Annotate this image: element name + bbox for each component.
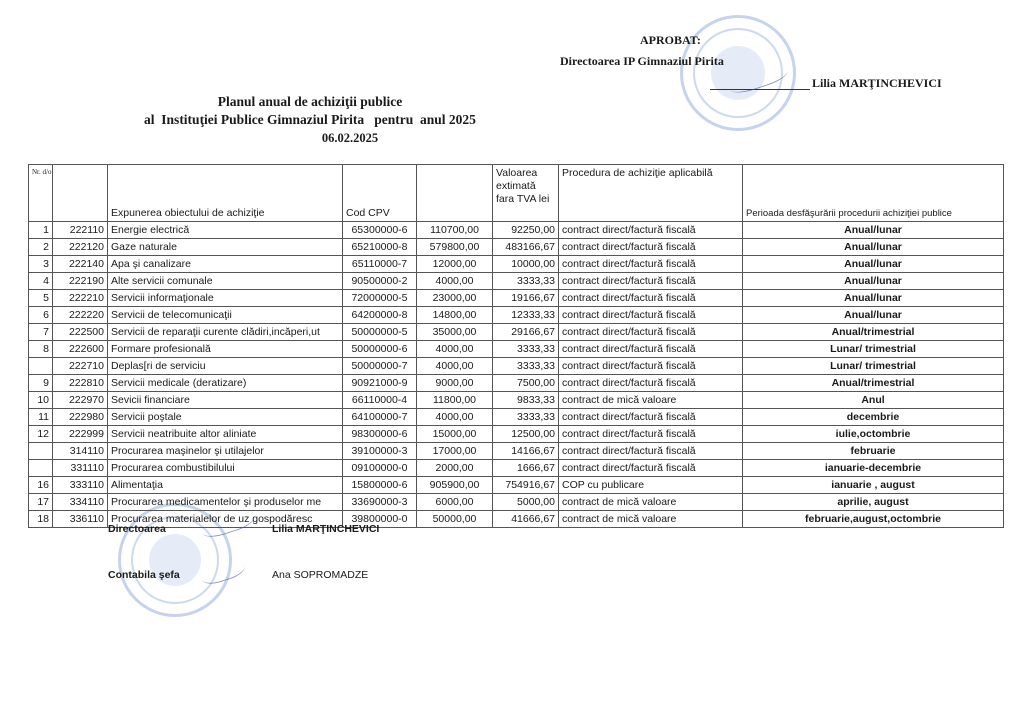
row-procedure: contract direct/factură fiscală xyxy=(559,409,743,426)
row-amount: 17000,00 xyxy=(417,443,493,460)
row-value: 3333,33 xyxy=(493,273,559,290)
table-row: 8222600Formare profesională50000000-6400… xyxy=(29,341,1004,358)
row-amount: 4000,00 xyxy=(417,358,493,375)
row-cpv: 65210000-8 xyxy=(343,239,417,256)
header-code xyxy=(53,165,108,222)
row-object: Alte servicii comunale xyxy=(108,273,343,290)
row-code: 222600 xyxy=(53,341,108,358)
row-code: 222710 xyxy=(53,358,108,375)
row-object: Servicii poştale xyxy=(108,409,343,426)
approval-position: Directoarea IP Gimnaziul Pirita xyxy=(560,54,724,69)
row-period: Anual/lunar xyxy=(743,307,1004,324)
row-procedure: contract direct/factură fiscală xyxy=(559,375,743,392)
row-code: 222120 xyxy=(53,239,108,256)
title-date: 06.02.2025 xyxy=(100,129,520,147)
approval-label: APROBAT: xyxy=(640,33,701,48)
row-cpv: 65110000-7 xyxy=(343,256,417,273)
title-line-1: Planul anual de achiziţii publice xyxy=(100,93,520,111)
row-nr: 11 xyxy=(29,409,53,426)
row-cpv: 15800000-6 xyxy=(343,477,417,494)
row-value: 483166,67 xyxy=(493,239,559,256)
row-code: 222970 xyxy=(53,392,108,409)
row-period: februarie xyxy=(743,443,1004,460)
row-value: 5000,00 xyxy=(493,494,559,511)
table-row: 11222980Servicii poştale64100000-74000,0… xyxy=(29,409,1004,426)
row-amount: 15000,00 xyxy=(417,426,493,443)
row-procedure: contract de mică valoare xyxy=(559,511,743,528)
procurement-plan-table: Nr. d/o Expunerea obiectului de achiziţi… xyxy=(28,164,1004,528)
row-object: Apa şi canalizare xyxy=(108,256,343,273)
row-amount: 4000,00 xyxy=(417,409,493,426)
row-procedure: contract de mică valoare xyxy=(559,392,743,409)
table-row: 331110Procurarea combustibilului09100000… xyxy=(29,460,1004,477)
table-header-row: Nr. d/o Expunerea obiectului de achiziţi… xyxy=(29,165,1004,222)
row-code: 222140 xyxy=(53,256,108,273)
table-row: 222710Deplas[ri de serviciu50000000-7400… xyxy=(29,358,1004,375)
row-cpv: 09100000-0 xyxy=(343,460,417,477)
row-nr: 6 xyxy=(29,307,53,324)
row-period: decembrie xyxy=(743,409,1004,426)
director-name: Lilia MARŢINCHEVICI xyxy=(272,523,379,535)
row-period: Anual/trimestrial xyxy=(743,324,1004,341)
row-nr: 12 xyxy=(29,426,53,443)
row-cpv: 90500000-2 xyxy=(343,273,417,290)
row-amount: 4000,00 xyxy=(417,341,493,358)
row-object: Procurarea medicamentelor şi produselor … xyxy=(108,494,343,511)
table-row: 6222220Servicii de telecomunicaţii642000… xyxy=(29,307,1004,324)
row-procedure: contract direct/factură fiscală xyxy=(559,460,743,477)
row-nr: 16 xyxy=(29,477,53,494)
row-object: Servicii neatribuite altor aliniate xyxy=(108,426,343,443)
row-value: 12333,33 xyxy=(493,307,559,324)
row-procedure: contract direct/factură fiscală xyxy=(559,426,743,443)
row-period: Anual/trimestrial xyxy=(743,375,1004,392)
row-amount: 2000,00 xyxy=(417,460,493,477)
row-cpv: 50000000-7 xyxy=(343,358,417,375)
row-object: Gaze naturale xyxy=(108,239,343,256)
header-object: Expunerea obiectului de achiziţie xyxy=(108,165,343,222)
row-period: Anual/lunar xyxy=(743,273,1004,290)
row-value: 3333,33 xyxy=(493,341,559,358)
row-object: Servicii medicale (deratizare) xyxy=(108,375,343,392)
row-value: 12500,00 xyxy=(493,426,559,443)
row-period: Anual/lunar xyxy=(743,239,1004,256)
row-object: Alimentaţia xyxy=(108,477,343,494)
row-period: iulie,octombrie xyxy=(743,426,1004,443)
row-code: 333110 xyxy=(53,477,108,494)
row-period: Lunar/ trimestrial xyxy=(743,358,1004,375)
row-period: Anual/lunar xyxy=(743,256,1004,273)
row-nr xyxy=(29,460,53,477)
row-object: Servicii informaţionale xyxy=(108,290,343,307)
row-value: 19166,67 xyxy=(493,290,559,307)
row-amount: 905900,00 xyxy=(417,477,493,494)
row-period: Anual/lunar xyxy=(743,222,1004,239)
row-amount: 23000,00 xyxy=(417,290,493,307)
header-amount xyxy=(417,165,493,222)
row-object: Formare profesională xyxy=(108,341,343,358)
row-procedure: contract direct/factură fiscală xyxy=(559,222,743,239)
row-period: ianuarie , august xyxy=(743,477,1004,494)
row-value: 9833,33 xyxy=(493,392,559,409)
row-cpv: 39100000-3 xyxy=(343,443,417,460)
row-object: Servicii de reparaţii curente clădiri,in… xyxy=(108,324,343,341)
table-row: 5222210Servicii informaţionale72000000-5… xyxy=(29,290,1004,307)
row-cpv: 98300000-6 xyxy=(343,426,417,443)
row-code: 336110 xyxy=(53,511,108,528)
table-row: 3222140Apa şi canalizare65110000-712000,… xyxy=(29,256,1004,273)
row-value: 41666,67 xyxy=(493,511,559,528)
row-value: 3333,33 xyxy=(493,409,559,426)
approval-name: Lilia MARŢINCHEVICI xyxy=(812,76,942,91)
row-cpv: 65300000-6 xyxy=(343,222,417,239)
director-label: Directoarea xyxy=(108,523,166,535)
table-row: 12222999Servicii neatribuite altor alini… xyxy=(29,426,1004,443)
row-nr: 4 xyxy=(29,273,53,290)
row-nr: 8 xyxy=(29,341,53,358)
accountant-name: Ana SOPROMADZE xyxy=(272,569,368,581)
row-nr: 3 xyxy=(29,256,53,273)
row-procedure: contract direct/factură fiscală xyxy=(559,273,743,290)
row-value: 3333,33 xyxy=(493,358,559,375)
row-value: 10000,00 xyxy=(493,256,559,273)
table-row: 9222810Servicii medicale (deratizare)909… xyxy=(29,375,1004,392)
row-object: Procurarea combustibilului xyxy=(108,460,343,477)
row-nr: 10 xyxy=(29,392,53,409)
row-code: 222190 xyxy=(53,273,108,290)
row-period: ianuarie-decembrie xyxy=(743,460,1004,477)
row-object: Deplas[ri de serviciu xyxy=(108,358,343,375)
row-procedure: contract direct/factură fiscală xyxy=(559,307,743,324)
row-period: aprilie, august xyxy=(743,494,1004,511)
row-nr: 2 xyxy=(29,239,53,256)
row-amount: 9000,00 xyxy=(417,375,493,392)
row-code: 222980 xyxy=(53,409,108,426)
row-procedure: contract direct/factură fiscală xyxy=(559,358,743,375)
row-procedure: contract direct/factură fiscală xyxy=(559,341,743,358)
row-amount: 50000,00 xyxy=(417,511,493,528)
row-nr xyxy=(29,443,53,460)
row-period: Anual/lunar xyxy=(743,290,1004,307)
row-cpv: 33690000-3 xyxy=(343,494,417,511)
row-procedure: contract direct/factură fiscală xyxy=(559,324,743,341)
row-value: 14166,67 xyxy=(493,443,559,460)
approval-signature-line xyxy=(710,89,810,90)
table-row: 4222190Alte servicii comunale90500000-24… xyxy=(29,273,1004,290)
row-object: Energie electrică xyxy=(108,222,343,239)
row-nr: 18 xyxy=(29,511,53,528)
row-nr: 7 xyxy=(29,324,53,341)
document-title: Planul anual de achiziţii publice al Ins… xyxy=(100,93,520,147)
row-procedure: contract de mică valoare xyxy=(559,494,743,511)
row-code: 222110 xyxy=(53,222,108,239)
row-nr: 1 xyxy=(29,222,53,239)
table-row: 7222500Servicii de reparaţii curente clă… xyxy=(29,324,1004,341)
row-amount: 12000,00 xyxy=(417,256,493,273)
table-row: 10222970Sevicii financiare66110000-41180… xyxy=(29,392,1004,409)
row-cpv: 50000000-5 xyxy=(343,324,417,341)
row-procedure: contract direct/factură fiscală xyxy=(559,443,743,460)
header-nr: Nr. d/o xyxy=(29,165,53,222)
row-cpv: 72000000-5 xyxy=(343,290,417,307)
row-amount: 110700,00 xyxy=(417,222,493,239)
row-value: 1666,67 xyxy=(493,460,559,477)
table-row: 2222120Gaze naturale65210000-8579800,004… xyxy=(29,239,1004,256)
row-period: Anul xyxy=(743,392,1004,409)
row-cpv: 66110000-4 xyxy=(343,392,417,409)
row-procedure: COP cu publicare xyxy=(559,477,743,494)
row-object: Procurarea maşinelor şi utilajelor xyxy=(108,443,343,460)
row-code: 222999 xyxy=(53,426,108,443)
row-code: 222220 xyxy=(53,307,108,324)
row-code: 314110 xyxy=(53,443,108,460)
row-code: 334110 xyxy=(53,494,108,511)
table-row: 17334110Procurarea medicamentelor şi pro… xyxy=(29,494,1004,511)
row-amount: 4000,00 xyxy=(417,273,493,290)
row-code: 222210 xyxy=(53,290,108,307)
table-row: 1222110Energie electrică65300000-6110700… xyxy=(29,222,1004,239)
row-value: 7500,00 xyxy=(493,375,559,392)
header-cpv: Cod CPV xyxy=(343,165,417,222)
row-procedure: contract direct/factură fiscală xyxy=(559,256,743,273)
row-amount: 6000,00 xyxy=(417,494,493,511)
row-amount: 35000,00 xyxy=(417,324,493,341)
row-cpv: 50000000-6 xyxy=(343,341,417,358)
row-procedure: contract direct/factură fiscală xyxy=(559,239,743,256)
row-cpv: 90921000-9 xyxy=(343,375,417,392)
row-cpv: 64100000-7 xyxy=(343,409,417,426)
accountant-label: Contabila şefa xyxy=(108,569,180,581)
row-object: Servicii de telecomunicaţii xyxy=(108,307,343,324)
row-code: 222810 xyxy=(53,375,108,392)
table-row: 16333110Alimentaţia15800000-6905900,0075… xyxy=(29,477,1004,494)
row-object: Sevicii financiare xyxy=(108,392,343,409)
row-nr: 5 xyxy=(29,290,53,307)
header-procedure: Procedura de achiziţie aplicabilă xyxy=(559,165,743,222)
row-amount: 14800,00 xyxy=(417,307,493,324)
row-procedure: contract direct/factură fiscală xyxy=(559,290,743,307)
row-code: 331110 xyxy=(53,460,108,477)
title-line-2: al Instituţiei Publice Gimnaziul Pirita … xyxy=(100,111,520,129)
row-value: 754916,67 xyxy=(493,477,559,494)
row-amount: 11800,00 xyxy=(417,392,493,409)
row-cpv: 64200000-8 xyxy=(343,307,417,324)
row-nr xyxy=(29,358,53,375)
row-period: Lunar/ trimestrial xyxy=(743,341,1004,358)
row-nr: 17 xyxy=(29,494,53,511)
header-period: Perioada desfăşurării procedurii achiziţ… xyxy=(743,165,1004,222)
row-code: 222500 xyxy=(53,324,108,341)
row-amount: 579800,00 xyxy=(417,239,493,256)
row-nr: 9 xyxy=(29,375,53,392)
table-row: 314110Procurarea maşinelor şi utilajelor… xyxy=(29,443,1004,460)
row-value: 92250,00 xyxy=(493,222,559,239)
row-period: februarie,august,octombrie xyxy=(743,511,1004,528)
table-row: 18336110Procurarea materialelor de uz go… xyxy=(29,511,1004,528)
row-value: 29166,67 xyxy=(493,324,559,341)
header-value: Valoarea extimată fara TVA lei xyxy=(493,165,559,222)
